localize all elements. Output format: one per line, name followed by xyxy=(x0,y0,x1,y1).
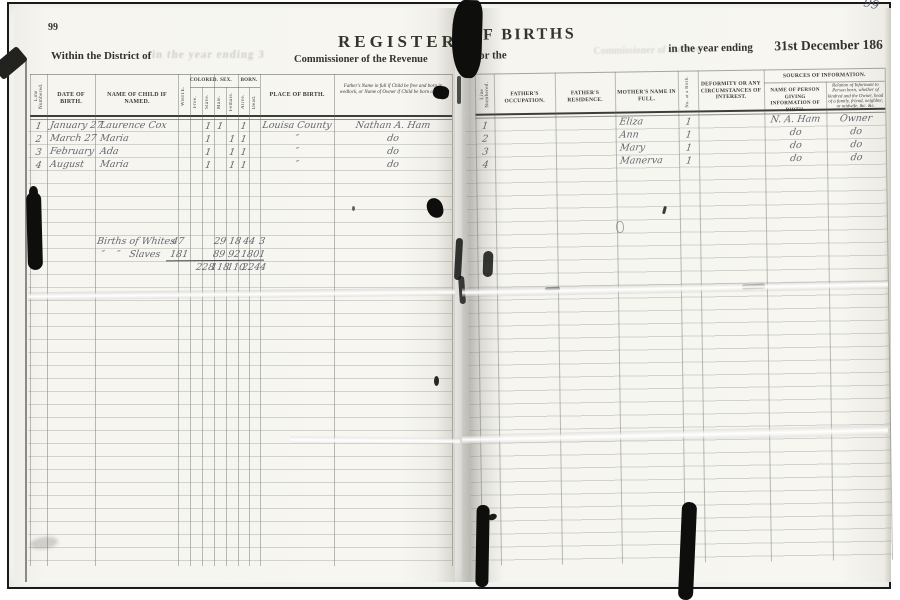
grid-vline xyxy=(452,74,453,566)
scanned-register-of-births: 99 REGISTER Within the District of Commi… xyxy=(0,0,900,600)
cell-mother-name: Mary xyxy=(619,142,646,153)
cell-date: March 27 xyxy=(49,133,97,144)
tick-slave: 1 xyxy=(202,160,214,171)
col-deformity: DEFORMITY OR ANY CIRCUMSTANCES OF INTERE… xyxy=(700,81,762,102)
printed-page-number: 99 xyxy=(48,22,58,33)
col-free: Free. xyxy=(193,91,198,113)
col-white: WHITE. xyxy=(181,80,186,112)
cell-informant: do xyxy=(764,153,828,165)
col-female: Female. xyxy=(229,91,234,113)
ruled-lines-left xyxy=(28,119,452,567)
left-page-edge-line xyxy=(25,58,27,582)
ink-speck xyxy=(352,206,355,211)
tick-number-at-birth: 1 xyxy=(680,142,698,153)
cell-line-num: 4 xyxy=(475,159,496,170)
tick-female: 1 xyxy=(226,160,238,171)
summary-male: 29 xyxy=(213,236,227,247)
cell-place: Louisa County xyxy=(261,120,333,131)
tick-number-at-birth: 1 xyxy=(680,129,698,140)
bleedthrough-text-left: in the year ending 3 xyxy=(151,49,265,61)
summary-label: ″ ″ Slaves xyxy=(100,249,161,260)
tick-slave: 1 xyxy=(202,147,214,158)
cell-place: ″ xyxy=(261,146,333,157)
cell-mother-name: Eliza xyxy=(619,116,644,127)
cell-line-num: 3 xyxy=(29,147,48,158)
cell-father-owner: do xyxy=(335,146,451,157)
tick-number-at-birth: 1 xyxy=(680,155,698,166)
cell-line-num: 1 xyxy=(29,121,48,132)
summary-alive: 224 xyxy=(241,262,261,273)
summary-total: 181 xyxy=(169,249,189,260)
col-informant-relation-note: Relation of Informant to Person born, wh… xyxy=(827,83,884,110)
tick-number-at-birth: 1 xyxy=(680,116,698,127)
cell-date: August xyxy=(49,159,85,170)
cell-relation: Owner xyxy=(826,113,887,125)
group-sex: SEX. xyxy=(214,78,238,85)
cell-place: ″ xyxy=(261,133,333,144)
col-mothers-name: MOTHER'S NAME IN FULL. xyxy=(616,89,677,103)
cell-date: January 27 xyxy=(49,120,103,131)
tick-alive: 1 xyxy=(238,121,249,132)
header-bottom-rule xyxy=(30,115,452,117)
cell-relation: do xyxy=(826,139,887,151)
summary-female: 92 xyxy=(227,249,241,260)
year-date-label: 31st December 186 xyxy=(774,37,883,55)
ink-speck xyxy=(434,376,439,386)
col-line-numbered-right: Line Numbered. xyxy=(480,78,491,112)
col-name-of-child: NAME OF CHILD IF NAMED. xyxy=(97,92,177,105)
register-title-right: OF BIRTHS xyxy=(468,25,576,45)
cell-father-owner: do xyxy=(335,159,451,170)
ink-blot-spine-top xyxy=(451,0,483,78)
crease-dash xyxy=(545,287,560,292)
header-top-rule xyxy=(30,74,452,75)
tick-female: 1 xyxy=(226,147,238,158)
tick-slave: 1 xyxy=(202,134,214,145)
ink-scribble-header xyxy=(432,85,450,100)
cell-father-owner: do xyxy=(335,133,451,144)
cell-child-name: Ada xyxy=(99,146,119,157)
group-colored: COLORED. xyxy=(190,78,214,85)
col-place-of-birth: PLACE OF BIRTH. xyxy=(262,92,332,99)
right-page-content: OF BIRTHS for the Commissioner of the Re… xyxy=(458,2,895,582)
group-born: BORN. xyxy=(238,78,260,85)
col-alive: Alive. xyxy=(241,91,246,113)
cell-informant: N. A. Ham xyxy=(764,114,828,126)
ink-blot-left-margin xyxy=(26,192,43,270)
crease-dash xyxy=(742,284,765,290)
cell-informant: do xyxy=(764,140,828,152)
cell-line-num: 1 xyxy=(475,120,496,131)
register-title-left: REGISTER xyxy=(338,32,458,52)
cell-line-num: 2 xyxy=(29,134,48,145)
cell-place: ″ xyxy=(261,159,333,170)
ruled-lines-right xyxy=(465,113,892,567)
tick-alive: 1 xyxy=(238,147,249,158)
col-fathers-residence: FATHER'S RESIDENCE. xyxy=(556,90,614,104)
ink-blot-left-margin-cap xyxy=(29,186,38,198)
cell-date: February xyxy=(49,146,95,157)
cell-child-name: Maria xyxy=(99,159,129,170)
col-informant-name: NAME OF PERSON GIVING INFORMATION OF BIR… xyxy=(766,87,824,114)
col-date-of-birth: DATE OF BIRTH. xyxy=(48,92,94,105)
col-line-numbered-left: Line Numbered. xyxy=(34,78,44,114)
tick-alive: 1 xyxy=(238,160,249,171)
cell-line-num: 2 xyxy=(475,133,496,144)
col-dead: Dead. xyxy=(252,91,257,113)
cell-mother-name: Ann xyxy=(619,129,640,140)
ink-bar-bottom-spine xyxy=(475,505,489,587)
cell-father-owner: Nathan A. Ham xyxy=(335,120,451,131)
within-district-label: Within the District of xyxy=(51,50,151,62)
summary-label: Births of Whites xyxy=(96,236,176,247)
group-sources-of-information: SOURCES OF INFORMATION. xyxy=(764,72,885,80)
col-number-at-birth: No. at a Birth. xyxy=(684,75,690,109)
summary-alive: 44 xyxy=(242,236,256,247)
year-ending-label: in the year ending xyxy=(668,42,753,55)
summary-alive: 180 xyxy=(240,249,260,260)
ink-blot-right-page-edge xyxy=(483,251,494,277)
summary-female: 18 xyxy=(228,236,242,247)
cell-child-name: Laurence Cox xyxy=(99,120,167,131)
summary-total: 47 xyxy=(171,236,185,247)
cell-informant: do xyxy=(764,127,828,139)
cell-child-name: Maria xyxy=(99,133,129,144)
col-slave: Slave. xyxy=(205,91,210,113)
tick-slave: 1 xyxy=(202,121,214,132)
cell-line-num: 3 xyxy=(475,146,496,157)
cell-relation: do xyxy=(826,152,887,164)
col-male: Male. xyxy=(217,91,222,113)
commissioner-label: Commissioner of the Revenue xyxy=(294,54,428,65)
ink-streak xyxy=(457,76,461,104)
tick-male: 1 xyxy=(214,121,226,132)
cell-relation: do xyxy=(826,126,887,138)
summary-male: 89 xyxy=(212,249,226,260)
tick-female: 1 xyxy=(226,134,238,145)
cell-line-num: 4 xyxy=(29,160,48,171)
handwritten-page-number: 99 xyxy=(862,0,880,12)
tick-alive: 1 xyxy=(238,134,249,145)
cell-mother-name: Manerva xyxy=(619,155,663,167)
col-fathers-occupation: FATHER'S OCCUPATION. xyxy=(495,91,554,105)
